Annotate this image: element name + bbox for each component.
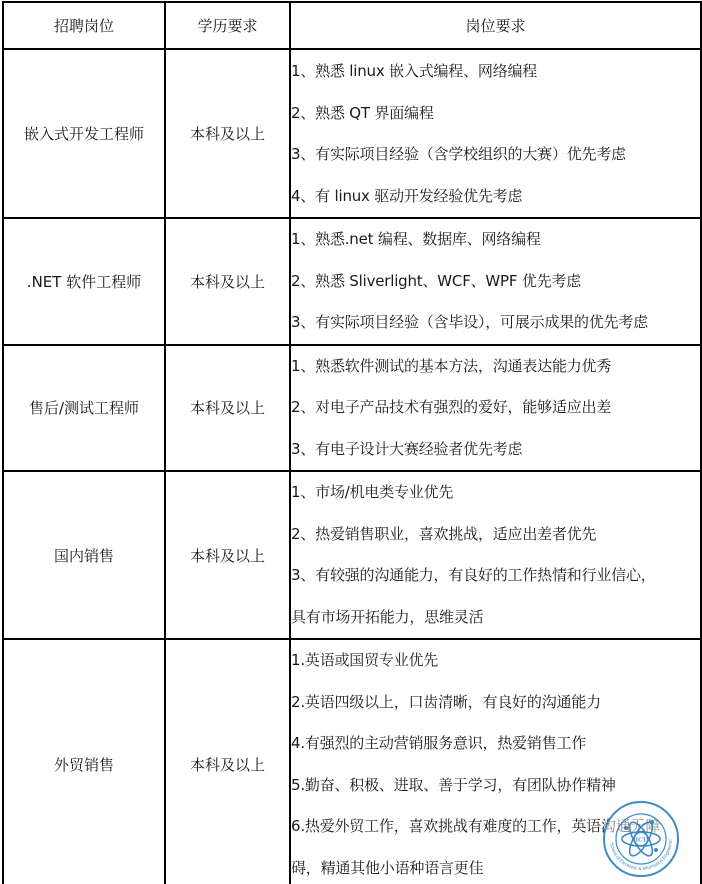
- requirement-item: 1、熟悉 linux 嵌入式编程、网络编程: [291, 51, 700, 93]
- table-row: 国内销售 本科及以上 1、市场/机电类专业优先 2、热爱销售职业，喜欢挑战，适应…: [3, 471, 701, 639]
- position-cell: .NET 软件工程师: [3, 218, 165, 345]
- requirements-cell: 1、熟悉软件测试的基本方法，沟通表达能力优秀 2、对电子产品技术有强烈的爱好，能…: [290, 345, 701, 472]
- requirement-item: 3、有较强的沟通能力，有良好的工作热情和行业信心，: [291, 555, 700, 597]
- header-position: 招聘岗位: [3, 2, 165, 49]
- table-row: 嵌入式开发工程师 本科及以上 1、熟悉 linux 嵌入式编程、网络编程 2、熟…: [3, 49, 701, 218]
- requirement-item: 2、对电子产品技术有强烈的爱好，能够适应出差: [291, 387, 700, 429]
- header-requirements: 岗位要求: [290, 2, 701, 49]
- education-cell: 本科及以上: [165, 639, 290, 884]
- school-logo-icon: ICT School of Electronic & Information E…: [602, 800, 680, 878]
- requirement-item: 2、熟悉 Sliverlight、WCF、WPF 优先考虑: [291, 261, 700, 303]
- requirement-item: 3、有实际项目经验（含毕设），可展示成果的优先考虑: [291, 302, 700, 344]
- recruitment-table: 招聘岗位 学历要求 岗位要求 嵌入式开发工程师 本科及以上 1、熟悉 linux…: [2, 1, 702, 884]
- requirements-cell: 1、熟悉.net 编程、数据库、网络编程 2、熟悉 Sliverlight、WC…: [290, 218, 701, 345]
- header-education: 学历要求: [165, 2, 290, 49]
- svg-text:ICT: ICT: [636, 838, 647, 844]
- table-row: 售后/测试工程师 本科及以上 1、熟悉软件测试的基本方法，沟通表达能力优秀 2、…: [3, 345, 701, 472]
- requirement-item: 3、有电子设计大赛经验者优先考虑: [291, 429, 700, 471]
- requirement-item: 2.英语四级以上，口齿清晰，有良好的沟通能力: [291, 682, 700, 724]
- requirement-item: 1、市场/机电类专业优先: [291, 472, 700, 514]
- requirement-item: 1、熟悉.net 编程、数据库、网络编程: [291, 219, 700, 261]
- position-cell: 售后/测试工程师: [3, 345, 165, 472]
- table-row: .NET 软件工程师 本科及以上 1、熟悉.net 编程、数据库、网络编程 2、…: [3, 218, 701, 345]
- education-cell: 本科及以上: [165, 218, 290, 345]
- requirement-item: 1.英语或国贸专业优先: [291, 640, 700, 682]
- education-cell: 本科及以上: [165, 49, 290, 218]
- requirement-item: 3、有实际项目经验（含学校组织的大赛）优先考虑: [291, 134, 700, 176]
- table-row: 外贸销售 本科及以上 1.英语或国贸专业优先 2.英语四级以上，口齿清晰，有良好…: [3, 639, 701, 884]
- requirements-cell: 1、市场/机电类专业优先 2、热爱销售职业，喜欢挑战，适应出差者优先 3、有较强…: [290, 471, 701, 639]
- requirement-item: 2、熟悉 QT 界面编程: [291, 93, 700, 135]
- requirement-item: 2、热爱销售职业，喜欢挑战，适应出差者优先: [291, 514, 700, 556]
- requirement-item: 4、有 linux 驱动开发经验优先考虑: [291, 176, 700, 218]
- requirements-cell: 1、熟悉 linux 嵌入式编程、网络编程 2、熟悉 QT 界面编程 3、有实际…: [290, 49, 701, 218]
- requirement-item: 4.有强烈的主动营销服务意识，热爱销售工作: [291, 723, 700, 765]
- position-cell: 外贸销售: [3, 639, 165, 884]
- table-header-row: 招聘岗位 学历要求 岗位要求: [3, 2, 701, 49]
- position-cell: 国内销售: [3, 471, 165, 639]
- education-cell: 本科及以上: [165, 345, 290, 472]
- education-cell: 本科及以上: [165, 471, 290, 639]
- requirement-item: 1、熟悉软件测试的基本方法，沟通表达能力优秀: [291, 346, 700, 388]
- position-cell: 嵌入式开发工程师: [3, 49, 165, 218]
- requirement-item: 具有市场开拓能力，思维灵活: [291, 597, 700, 639]
